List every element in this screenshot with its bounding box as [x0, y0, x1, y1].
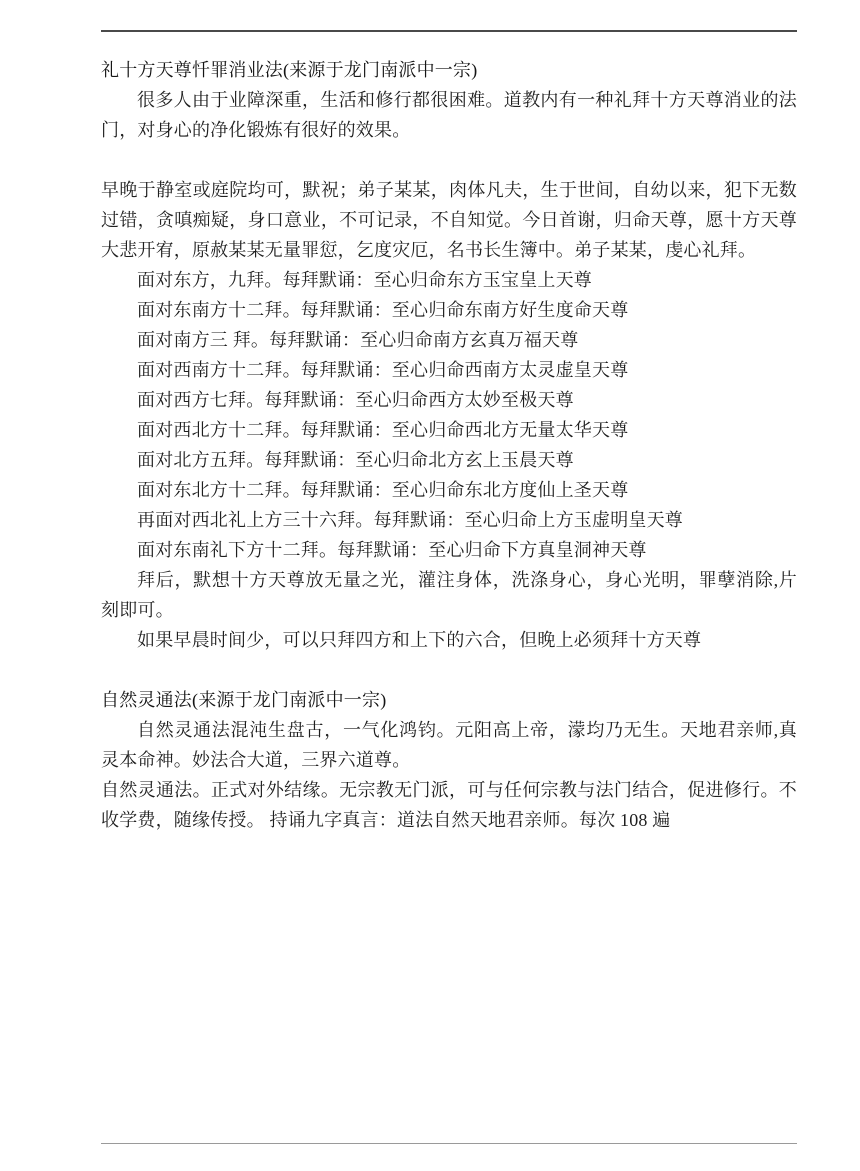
- bow-item: 再面对西北礼上方三十六拜。每拜默诵：至心归命上方玉虚明皇天尊: [101, 505, 797, 535]
- section2-title: 自然灵通法(来源于龙门南派中一宗): [101, 685, 797, 715]
- paragraph-line: 拜后，默想十方天尊放无量之光，灌注身体，洗涤身心，身心光明，罪孽消除,片: [101, 565, 797, 595]
- document-content: 礼十方天尊忏罪消业法(来源于龙门南派中一宗) 很多人由于业障深重，生活和修行都很…: [101, 55, 797, 835]
- paragraph-line: 自然灵通法混沌生盘古，一气化鸿钧。元阳高上帝，濛均乃无生。天地君亲师,真: [101, 715, 797, 745]
- paragraph-line: 早晚于静室或庭院均可，默祝；弟子某某，肉体凡夫，生于世间，自幼以来，犯下无数: [101, 175, 797, 205]
- paragraph-line: 大悲开宥，原赦某某无量罪愆，乞度灾厄，名书长生簿中。弟子某某，虔心礼拜。: [101, 235, 797, 265]
- paragraph-line: 刻即可。: [101, 595, 797, 625]
- blank-line: [101, 145, 797, 175]
- paragraph-line: 收学费，随缘传授。 持诵九字真言：道法自然天地君亲师。每次 108 遍: [101, 805, 797, 835]
- bow-item: 面对南方三 拜。每拜默诵：至心归命南方玄真万福天尊: [101, 325, 797, 355]
- footer-rule: [101, 1143, 797, 1144]
- paragraph-line: 如果早晨时间少，可以只拜四方和上下的六合，但晚上必须拜十方天尊: [101, 625, 797, 655]
- paragraph-line: 门，对身心的净化锻炼有很好的效果。: [101, 115, 797, 145]
- section1-title: 礼十方天尊忏罪消业法(来源于龙门南派中一宗): [101, 55, 797, 85]
- paragraph-line: 自然灵通法。正式对外结缘。无宗教无门派，可与任何宗教与法门结合，促进修行。不: [101, 775, 797, 805]
- bow-item: 面对东南方十二拜。每拜默诵：至心归命东南方好生度命天尊: [101, 295, 797, 325]
- paragraph-line: 很多人由于业障深重，生活和修行都很困难。道教内有一种礼拜十方天尊消业的法: [101, 85, 797, 115]
- paragraph-line: 过错，贪嗔痴疑，身口意业，不可记录，不自知觉。今日首谢，归命天尊，愿十方天尊: [101, 205, 797, 235]
- bow-item: 面对东北方十二拜。每拜默诵：至心归命东北方度仙上圣天尊: [101, 475, 797, 505]
- document-page: 礼十方天尊忏罪消业法(来源于龙门南派中一宗) 很多人由于业障深重，生活和修行都很…: [0, 0, 860, 1171]
- blank-line: [101, 655, 797, 685]
- bow-item: 面对东方，九拜。每拜默诵：至心归命东方玉宝皇上天尊: [101, 265, 797, 295]
- bow-item: 面对西北方十二拜。每拜默诵：至心归命西北方无量太华天尊: [101, 415, 797, 445]
- bow-item: 面对西南方十二拜。每拜默诵：至心归命西南方太灵虚皇天尊: [101, 355, 797, 385]
- bow-item: 面对东南礼下方十二拜。每拜默诵：至心归命下方真皇洞神天尊: [101, 535, 797, 565]
- header-rule: [101, 30, 797, 32]
- paragraph-line: 灵本命神。妙法合大道，三界六道尊。: [101, 745, 797, 775]
- bow-item: 面对西方七拜。每拜默诵：至心归命西方太妙至极天尊: [101, 385, 797, 415]
- bow-item: 面对北方五拜。每拜默诵：至心归命北方玄上玉晨天尊: [101, 445, 797, 475]
